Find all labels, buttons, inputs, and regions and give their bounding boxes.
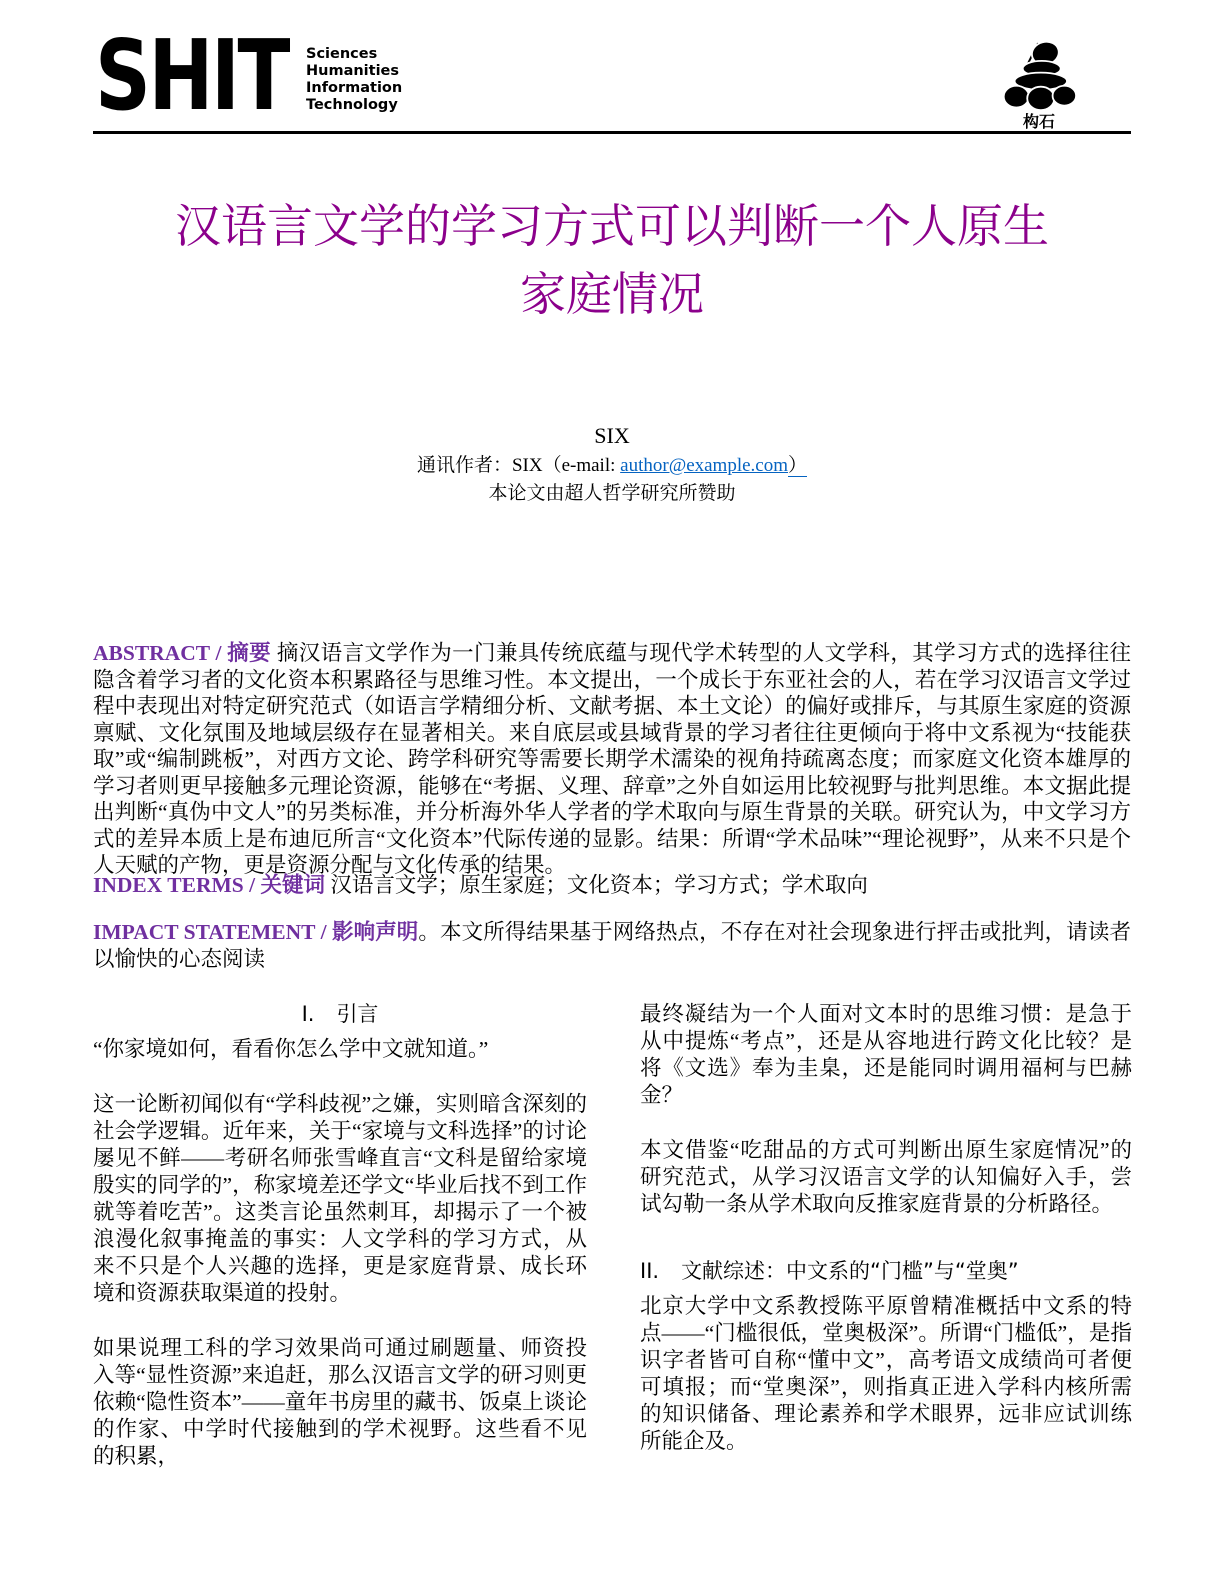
journal-word: Technology — [306, 97, 402, 114]
journal-acronym: SHIT — [95, 34, 288, 118]
body-paragraph: 本文借鉴“吃甜品的方式可判断出原生家庭情况”的研究范式，从学习汉语言文学的认知偏… — [640, 1137, 1132, 1218]
header-divider — [93, 131, 1131, 134]
abstract-section: ABSTRACT / 摘要 摘汉语言文学作为一门兼具传统底蕴与现代学术转型的人文… — [93, 640, 1131, 879]
author-email-link[interactable]: author@example.com — [620, 455, 788, 476]
journal-word: Information — [306, 80, 402, 97]
title-line-1: 汉语言文学的学习方式可以判断一个人原生 — [60, 193, 1164, 261]
journal-word: Sciences — [306, 46, 402, 63]
index-terms-label-en: INDEX TERMS — [93, 873, 244, 897]
body-paragraph: 最终凝结为一个人面对文本时的思维习惯：是急于从中提炼“考点”，还是从容地进行跨文… — [640, 1001, 1132, 1109]
page-title: 汉语言文学的学习方式可以判断一个人原生 家庭情况 — [60, 193, 1164, 329]
index-terms-text: 汉语言文学；原生家庭；文化资本；学习方式；学术取向 — [330, 873, 868, 897]
impact-label-zh: 影响声明 — [327, 920, 419, 944]
body-paragraph: 如果说理工科的学习效果尚可通过刷题量、师资投入等“显性资源”来追赶，那么汉语言文… — [93, 1335, 587, 1470]
author-name: SIX — [0, 420, 1224, 452]
section-heading-introduction: I.引言 — [93, 1001, 587, 1028]
correspondence-prefix: 通讯作者：SIX（e-mail: — [417, 455, 620, 476]
correspondence-suffix: ） — [788, 455, 807, 477]
section-heading-literature-review: II.文献综述：中文系的“门槛”与“堂奥” — [640, 1258, 1132, 1285]
org-logo: 构石 — [983, 36, 1095, 131]
body-column-right: 最终凝结为一个人面对文本时的思维习惯：是急于从中提炼“考点”，还是从容地进行跨文… — [640, 1001, 1132, 1483]
abstract-label-en: ABSTRACT — [93, 641, 210, 665]
body-paragraph: 北京大学中文系教授陈平原曾精准概括中文系的特点——“门槛很低，堂奥极深”。所谓“… — [640, 1293, 1132, 1455]
org-label: 构石 — [983, 113, 1095, 131]
journal-name-words: Sciences Humanities Information Technolo… — [306, 46, 402, 114]
section-number: I. — [302, 1002, 315, 1026]
rock-pile-icon — [983, 36, 1095, 112]
journal-word: Humanities — [306, 63, 402, 80]
paper-page: SHIT Sciences Humanities Information Tec… — [0, 0, 1224, 1584]
body-column-left: I.引言 “你家境如何，看看你怎么学中文就知道。” 这一论断初闻似有“学科歧视”… — [93, 1001, 587, 1498]
abstract-label-zh: / 摘要 — [210, 641, 277, 665]
index-terms-label-zh: / 关键词 — [244, 873, 331, 897]
body-paragraph: 这一论断初闻似有“学科歧视”之嫌，实则暗含深刻的社会学逻辑。近年来，关于“家境与… — [93, 1091, 587, 1307]
title-line-2: 家庭情况 — [60, 261, 1164, 329]
abstract-text: 摘汉语言文学作为一门兼具传统底蕴与现代学术转型的人文学科，其学习方式的选择往往隐… — [93, 641, 1131, 877]
impact-statement-section: IMPACT STATEMENT / 影响声明。本文所得结果基于网络热点，不存在… — [93, 919, 1131, 972]
epigraph-quote: “你家境如何，看看你怎么学中文就知道。” — [93, 1036, 587, 1063]
funding-line: 本论文由超人哲学研究所赞助 — [0, 480, 1224, 508]
index-terms-section: INDEX TERMS / 关键词 汉语言文学；原生家庭；文化资本；学习方式；学… — [93, 872, 1131, 899]
journal-masthead: SHIT Sciences Humanities Information Tec… — [95, 34, 336, 129]
section-number: II. — [640, 1259, 659, 1283]
impact-label-en: IMPACT STATEMENT / — [93, 920, 327, 944]
correspondence-line: 通讯作者：SIX（e-mail: author@example.com） — [0, 452, 1224, 480]
author-block: SIX 通讯作者：SIX（e-mail: author@example.com）… — [0, 420, 1224, 508]
section-title: 引言 — [336, 1002, 378, 1026]
section-title: 文献综述：中文系的“门槛”与“堂奥” — [681, 1259, 1019, 1283]
